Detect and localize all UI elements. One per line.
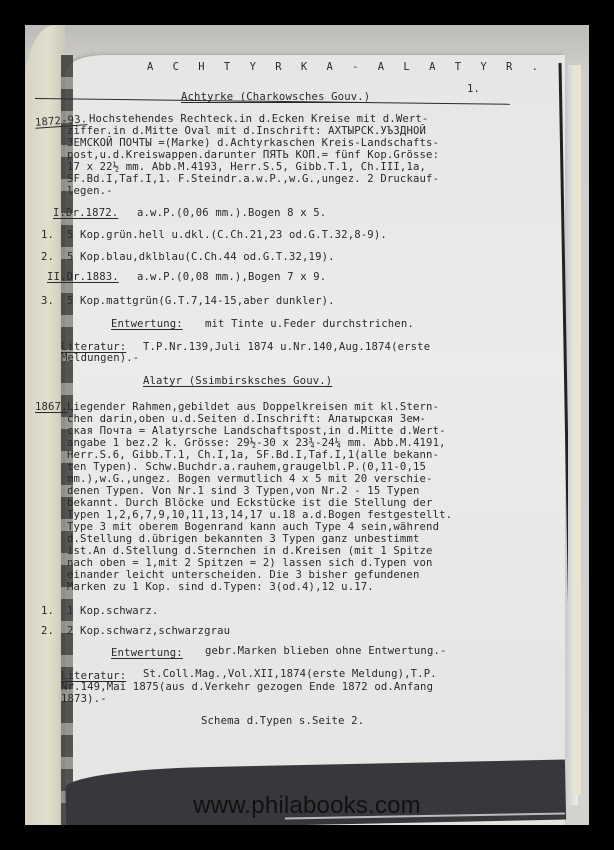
cancellation-label: Entwertung: — [111, 647, 183, 659]
section-heading-achtyrke: Achtyrke (Charkowsches Gouv.) — [181, 91, 370, 103]
printing-label: II.Dr.1883. — [47, 271, 119, 283]
description-line: 17 x 22½ mm. Abb.M.4193, Herr.S.5, Gibb.… — [67, 161, 426, 173]
item-text: 5 Kop.mattgrün(G.T.7,14-15,aber dunkler)… — [67, 295, 335, 307]
description-line: post,u.d.Kreiswappen.darunter ПЯТЬ КОП.=… — [67, 149, 439, 161]
section-heading-alatyr: Alatyr (Ssimbirsksches Gouv.) — [143, 375, 332, 387]
item-number: 2. — [41, 625, 54, 637]
watermark-link[interactable]: www.philabooks.com — [0, 792, 614, 820]
description-line: ЗЕМСКОЙ ПОЧТЫ =(Marke) d.Achtyrkaschen K… — [67, 137, 439, 149]
item-text: 5 Kop.grün.hell u.dkl.(C.Ch.21,23 od.G.T… — [67, 229, 387, 241]
cancellation-text: mit Tinte u.Feder durchstrichen. — [205, 318, 414, 330]
description-line: Herr.S.6, Gibb.T.1, Ch.I,1a, SF.Bd.I,Taf… — [67, 449, 439, 461]
description-line: ская Почта = Alatyrsche Landschaftspost,… — [67, 425, 446, 437]
cancellation-text: gebr.Marken blieben ohne Entwertung.- — [205, 645, 447, 657]
item-text: 2 Kop.schwarz,schwarzgrau — [67, 625, 230, 637]
page-text: A C H T Y R K A - A L A T Y R . 1. Achty… — [25, 25, 589, 825]
printing-label: I.Dr.1872. — [53, 207, 118, 219]
literature-line: St.Coll.Mag.,Vol.XII,1874(erste Meldung)… — [143, 668, 437, 680]
description-line: einander leicht unterscheiden. Die 3 bis… — [67, 569, 420, 581]
entry-year: 1867. — [35, 401, 68, 413]
description-line: ist.An d.Stellung d.Sternchen in d.Kreis… — [67, 545, 433, 557]
page-header-title: A C H T Y R K A - A L A T Y R . — [147, 61, 544, 73]
printing-details: a.w.P.(0,08 mm.),Bogen 7 x 9. — [137, 271, 326, 283]
item-text: 5 Kop.blau,dklblau(C.Ch.44 od.G.T.32,19)… — [67, 251, 335, 263]
item-number: 2. — [41, 251, 54, 263]
footer-note: Schema d.Typen s.Seite 2. — [201, 715, 364, 727]
description-line: legen.- — [67, 185, 113, 197]
description-line: angabe 1 bez.2 k. Grösse: 29½-30 x 23¾-2… — [67, 437, 446, 449]
description-line: SF.Bd.I,Taf.I,1. F.Steindr.a.w.P.,w.G.,u… — [67, 173, 439, 185]
literature-line: Nr.149,Mai 1875(aus d.Verkehr gezogen En… — [61, 681, 433, 693]
page-number: 1. — [467, 83, 480, 95]
description-line: Liegender Rahmen,gebildet aus Doppelkrei… — [67, 401, 439, 413]
literature-line: Meldungen).- — [61, 352, 139, 364]
description-line: bekannt. Durch Blöcke und Eckstücke ist … — [67, 497, 433, 509]
literature-line: 1873).- — [61, 693, 107, 705]
description-line: ziffer.in d.Mitte Oval mit d.Inschrift: … — [67, 125, 426, 137]
description-line: denen Typen. Von Nr.1 sind 3 Typen,von N… — [67, 485, 420, 497]
book-photo: A C H T Y R K A - A L A T Y R . 1. Achty… — [25, 25, 589, 825]
item-number: 1. — [41, 605, 54, 617]
literature-line: T.P.Nr.139,Juli 1874 u.Nr.140,Aug.1874(e… — [143, 341, 430, 353]
printing-details: a.w.P.(0,06 mm.).Bogen 8 x 5. — [137, 207, 326, 219]
description-line: Marken zu 1 Kop. sind d.Typen: 3(od.4),1… — [67, 581, 374, 593]
description-line: chen darin,oben u.d.Seiten d.Inschrift: … — [67, 413, 426, 425]
description-line: mm.),w.G.,ungez. Bogen vermutlich 4 x 5 … — [67, 473, 433, 485]
description-line: Type 3 mit oberem Bogenrand kann auch Ty… — [67, 521, 439, 533]
description-line: Hochstehendes Rechteck.in d.Ecken Kreise… — [89, 113, 428, 125]
description-line: d.Stellung d.übrigen bekannten 3 Typen g… — [67, 533, 420, 545]
description-line: ten Typen). Schw.Buchdr.a.rauhem,graugel… — [67, 461, 426, 473]
description-line: nach oben = 1,mit 2 Spitzen = 2) lassen … — [67, 557, 433, 569]
cancellation-label: Entwertung: — [111, 318, 183, 330]
description-line: Typen 1,2,6,7,9,10,11,13,14,17 u.18 a.d.… — [67, 509, 452, 521]
item-text: 1 Kop.schwarz. — [67, 605, 158, 617]
item-number: 3. — [41, 295, 54, 307]
item-number: 1. — [41, 229, 54, 241]
